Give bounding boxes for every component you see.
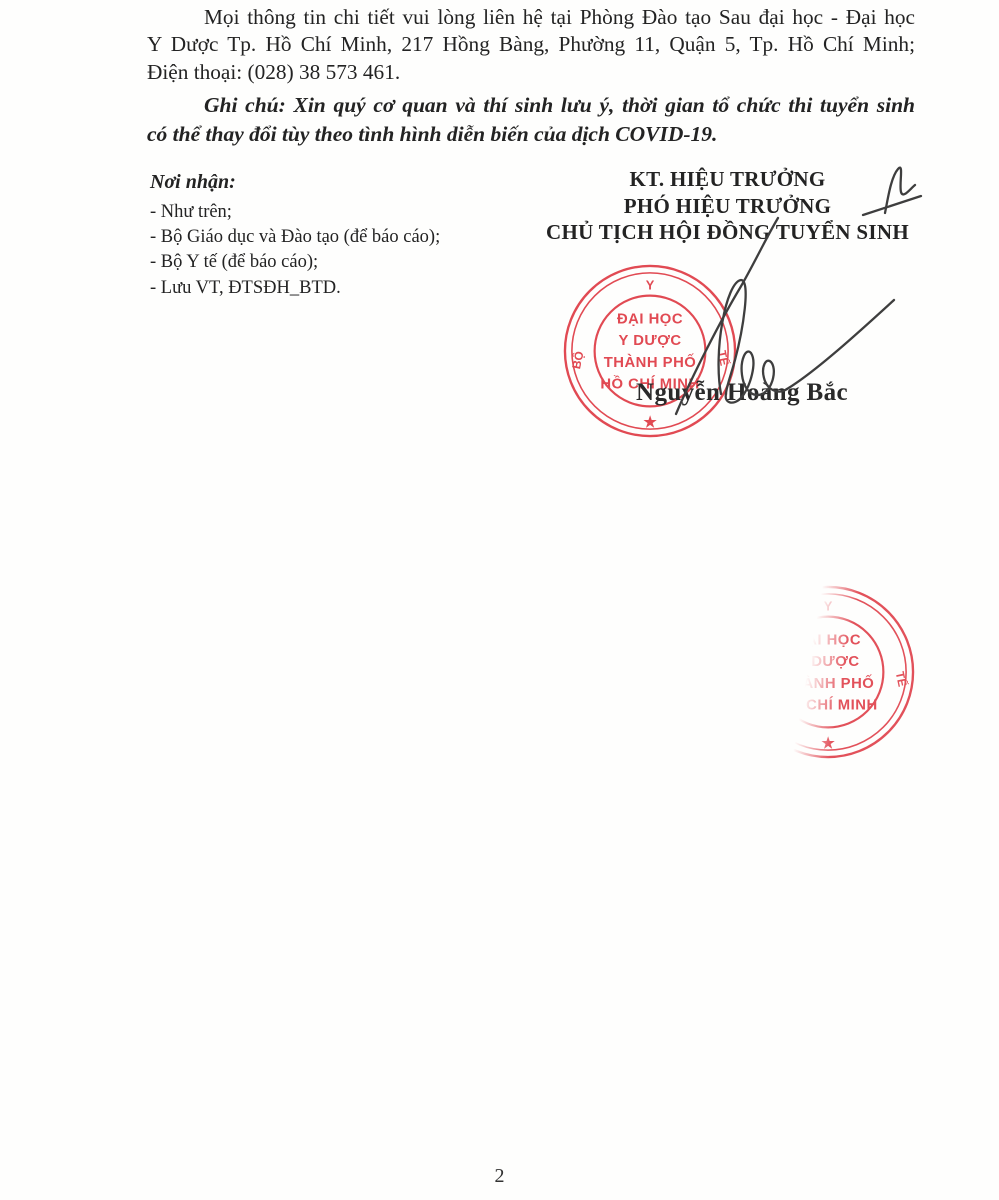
stamp-center-line: ĐẠI HỌC [795, 632, 861, 648]
note-line: Ghi chú: Xin quý cơ quan và thí sinh lưu… [147, 91, 915, 120]
contact-line: Điện thoại: (028) 38 573 461. [147, 59, 915, 86]
document-page: Mọi thông tin chi tiết vui lòng liên hệ … [0, 0, 999, 1200]
recipient-item: - Như trên; [150, 200, 440, 225]
recipients-block: Nơi nhận: - Như trên; - Bộ Giáo dục và Đ… [150, 171, 440, 301]
partial-stamp: Y BỘ TẾ ★ ĐẠI HỌC Y DƯỢC THÀNH PHỐ HỒ CH… [739, 583, 917, 761]
stamp-ring-right-text: TẾ [893, 670, 911, 688]
contact-line: Mọi thông tin chi tiết vui lòng liên hệ … [147, 4, 915, 31]
stamp-center-line: THÀNH PHỐ [782, 674, 875, 692]
recipient-item: - Bộ Giáo dục và Đào tạo (để báo cáo); [150, 225, 440, 250]
stamp-center-line: Y DƯỢC [796, 654, 859, 670]
stamp-ring-top-text: Y [824, 599, 833, 614]
stamp-ring-left-text: BỘ [746, 671, 764, 692]
page-number: 2 [0, 1165, 999, 1188]
contact-line: Y Dược Tp. Hồ Chí Minh, 217 Hồng Bàng, P… [147, 31, 915, 58]
handwritten-signature [540, 150, 940, 430]
recipients-heading: Nơi nhận: [150, 171, 440, 194]
stamp-center-line: HỒ CHÍ MINH [778, 696, 877, 714]
recipient-item: - Bộ Y tế (để báo cáo); [150, 250, 440, 275]
note-line: có thể thay đổi tùy theo tình hình diễn … [147, 120, 915, 149]
contact-paragraph: Mọi thông tin chi tiết vui lòng liên hệ … [147, 4, 915, 86]
covid-note-paragraph: Ghi chú: Xin quý cơ quan và thí sinh lưu… [147, 91, 915, 148]
stamp-star-icon: ★ [821, 736, 835, 752]
recipient-item: - Lưu VT, ĐTSĐH_BTD. [150, 276, 440, 301]
